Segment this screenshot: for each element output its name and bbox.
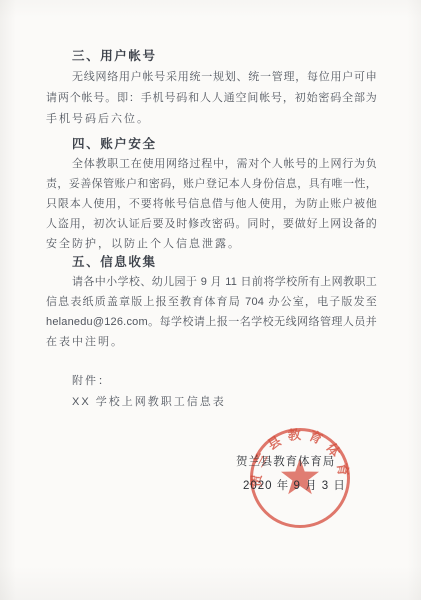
paragraph-line: 无线网络用户帐号采用统一规划、统一管理，每位用户可申 <box>46 67 377 88</box>
section-account-security: 四、账户安全 全体教职工在使用网络过程中，需对个人帐号的上网行为负 责，妥善保管… <box>46 134 377 254</box>
paragraph-line: 人盗用，初次认证后要及时修改密码。同时，要做好上网设备的 <box>46 214 377 234</box>
section-heading: 三、用户帐号 <box>46 46 377 67</box>
paragraph-line: 在表中注明。 <box>46 332 377 352</box>
paragraph-line: 只限本人使用，不要将帐号信息借与他人使用，为防止账户被他 <box>46 194 377 214</box>
paragraph-line: helanedu@126.com。每学校请上报一名学校无线网络管理人员并 <box>46 312 377 332</box>
paragraph-line: 请各中小学校、幼儿园于 9 月 11 日前将学校所有上网教职工 <box>46 272 377 292</box>
issuer-name: 贺兰县教育体育局 <box>236 453 335 469</box>
section-user-accounts: 三、用户帐号 无线网络用户帐号采用统一规划、统一管理，每位用户可申 请两个帐号。… <box>46 46 377 130</box>
issue-date: 2020 年 9 月 3 日 <box>243 477 346 493</box>
section-heading: 四、账户安全 <box>46 134 377 154</box>
paragraph-line: 请两个帐号。即：手机号码和人人通空间帐号，初始密码全部为 <box>46 88 377 109</box>
attachment-label: 附件： <box>72 371 226 392</box>
paragraph-line: 信息表纸质盖章版上报至教育体育局 704 办公室，电子版发至 <box>46 292 377 312</box>
attachment-name: XX 学校上网教职工信息表 <box>72 392 226 413</box>
paragraph-line: 全体教职工在使用网络过程中，需对个人帐号的上网行为负 <box>46 154 377 174</box>
paragraph-line: 责，妥善保管账户和密码，账户登记本人身份信息，具有唯一性， <box>46 174 377 194</box>
section-heading: 五、信息收集 <box>46 252 377 272</box>
attachment-note: 附件： XX 学校上网教职工信息表 <box>72 371 226 412</box>
section-info-collection: 五、信息收集 请各中小学校、幼儿园于 9 月 11 日前将学校所有上网教职工 信… <box>46 252 377 352</box>
scanned-document-page: 三、用户帐号 无线网络用户帐号采用统一规划、统一管理，每位用户可申 请两个帐号。… <box>0 0 421 600</box>
paragraph-line: 手机号码后六位。 <box>46 109 377 130</box>
paragraph-line: 安全防护，以防止个人信息泄露。 <box>46 234 377 254</box>
